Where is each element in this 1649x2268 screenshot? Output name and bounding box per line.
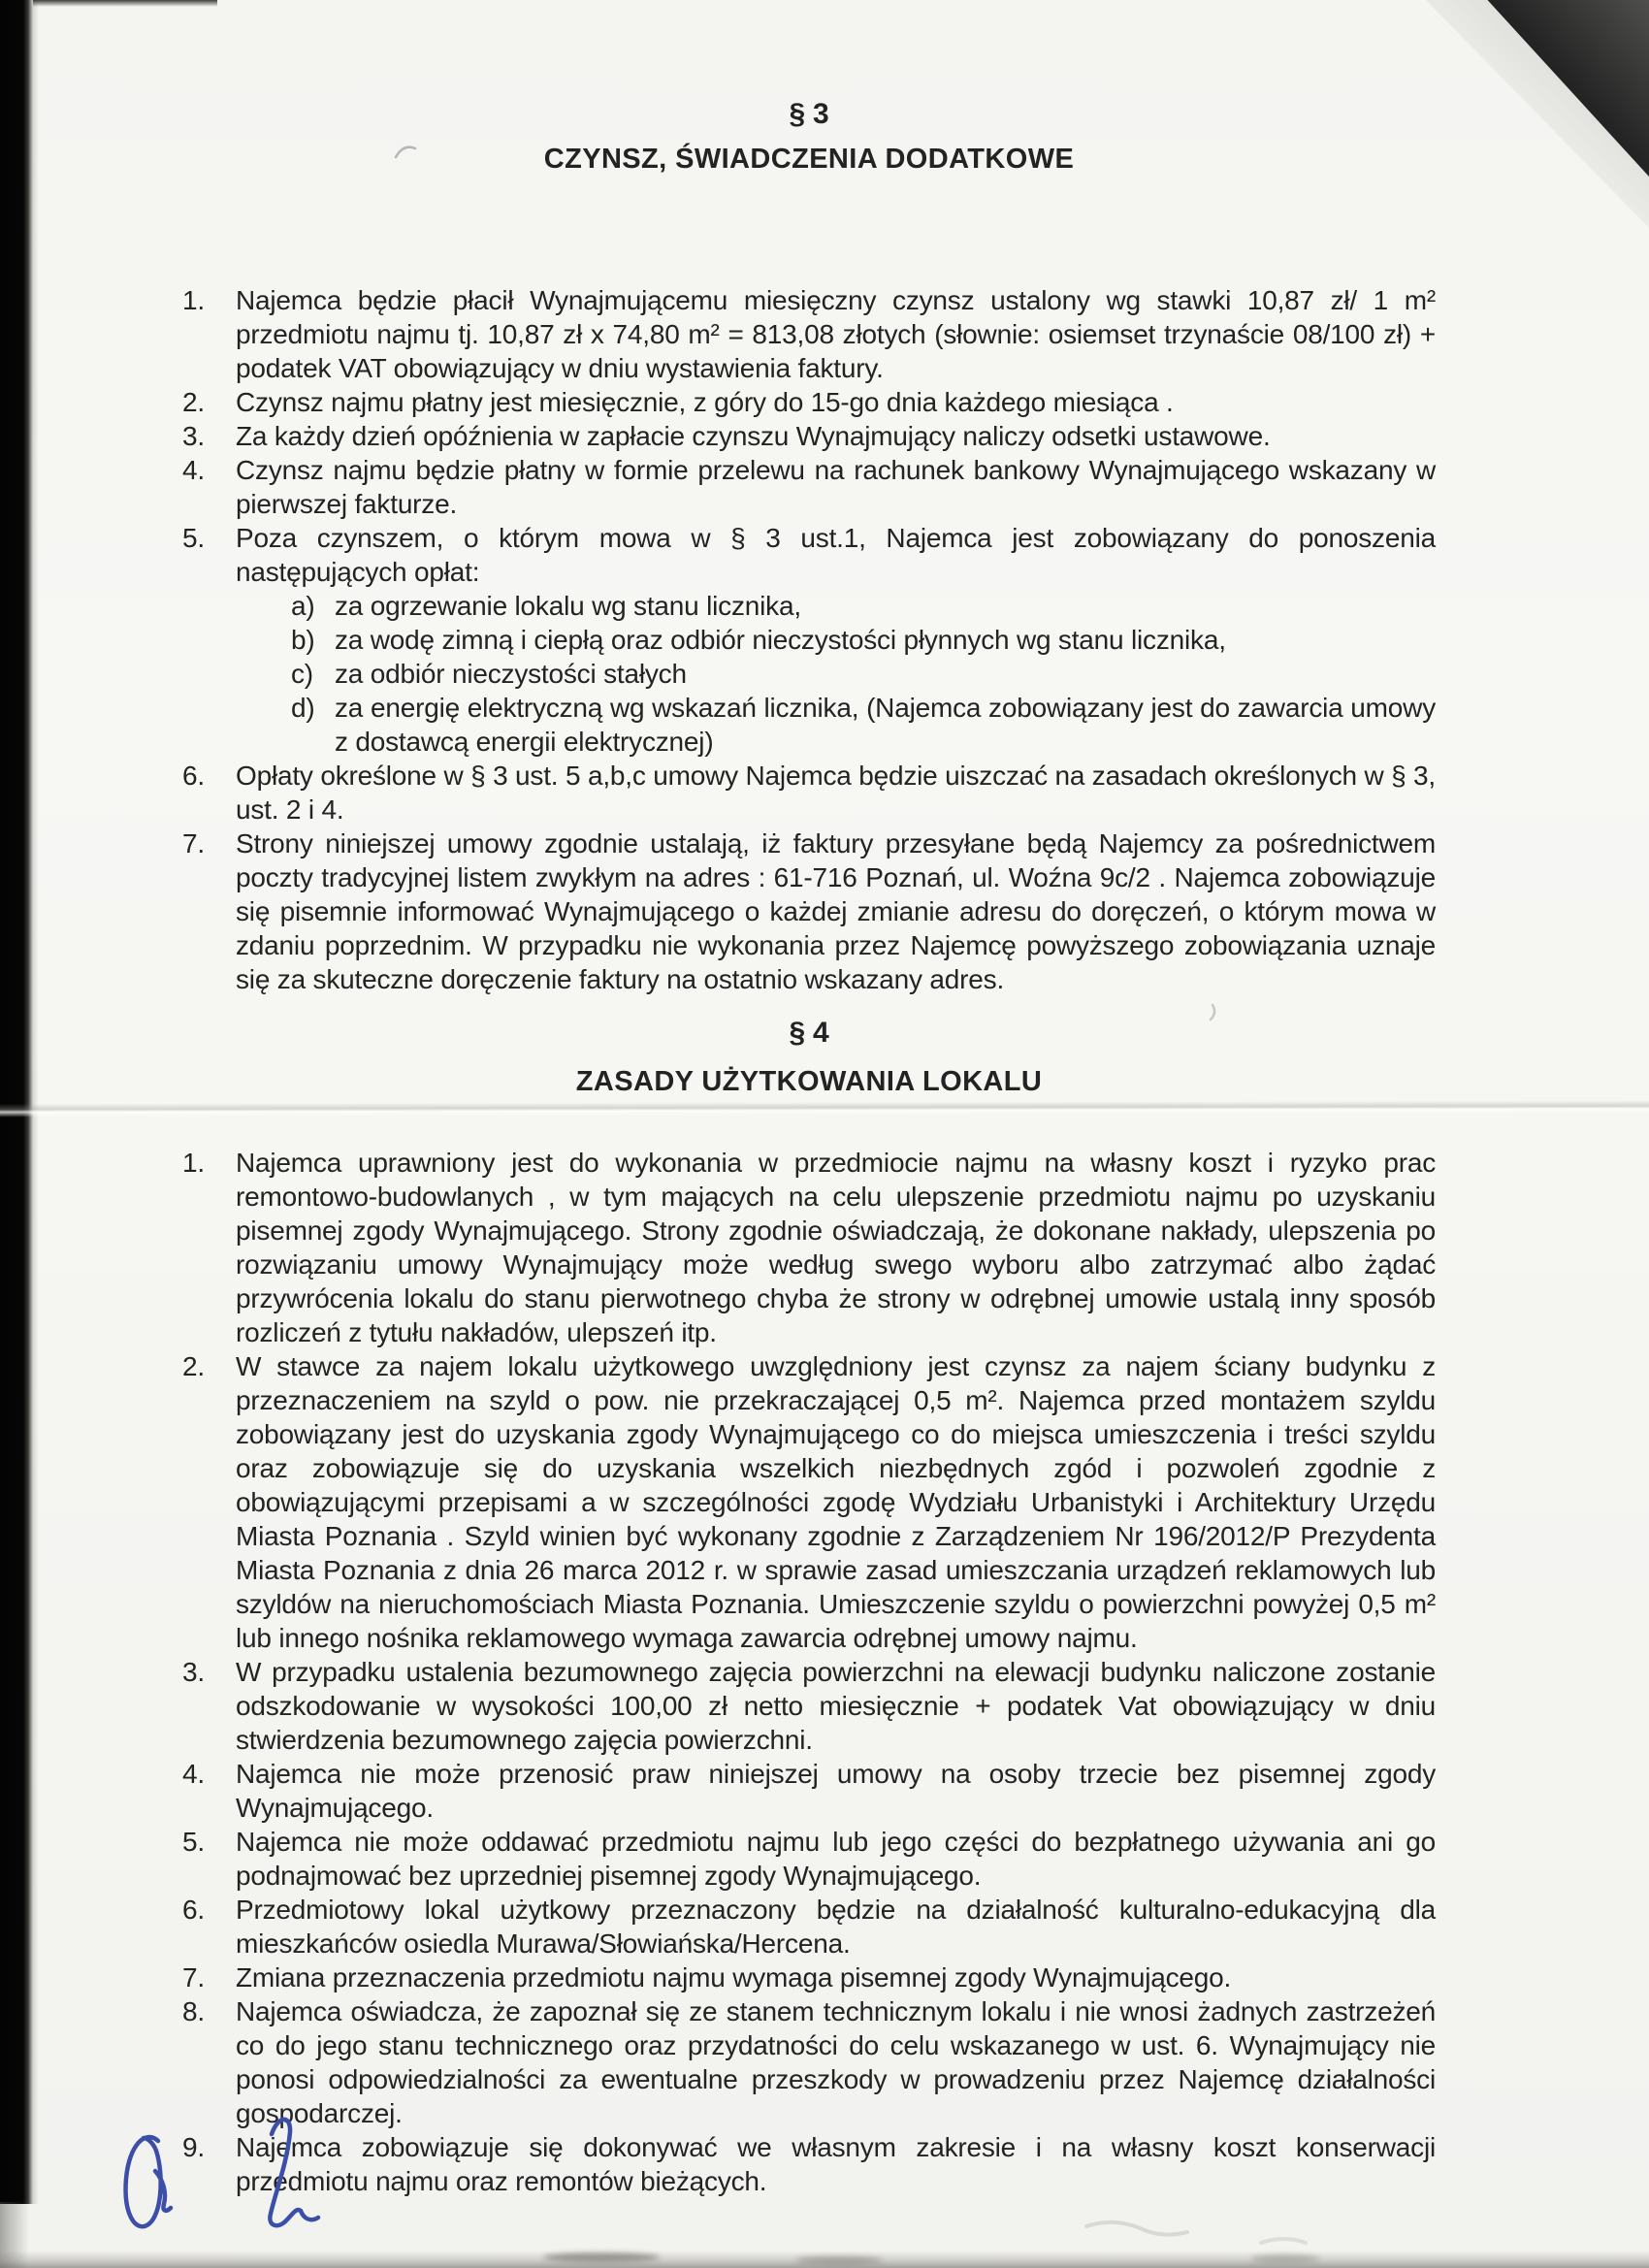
section-items: 1.Najemca będzie płacił Wynajmującemu mi…	[182, 283, 1436, 996]
list-item: 5.Poza czynszem, o którym mowa w § 3 ust…	[182, 521, 1436, 589]
item-marker: b)	[291, 623, 335, 657]
item-marker: 4.	[182, 453, 236, 487]
item-marker: 3.	[182, 1655, 236, 1689]
item-marker: 3.	[182, 419, 236, 453]
list-item: b)za wodę zimną i ciepłą oraz odbiór nie…	[291, 623, 1436, 657]
list-item: 6.Przedmiotowy lokal użytkowy przeznaczo…	[182, 1893, 1436, 1960]
list-item: 8.Najemca oświadcza, że zapoznał się ze …	[182, 1994, 1436, 2130]
section-items: 1.Najemca uprawniony jest do wykonania w…	[182, 1146, 1436, 2198]
list-item: a)za ogrzewanie lokalu wg stanu licznika…	[291, 589, 1436, 623]
item-text: Przedmiotowy lokal użytkowy przeznaczony…	[236, 1893, 1436, 1960]
item-marker: 8.	[182, 1994, 236, 2028]
item-marker: 1.	[182, 1146, 236, 1180]
list-item: 4.Czynsz najmu będzie płatny w formie pr…	[182, 453, 1436, 521]
list-item: 7.Strony niniejszej umowy zgodnie ustala…	[182, 826, 1436, 996]
list-item: 7.Zmiana przeznaczenia przedmiotu najmu …	[182, 1960, 1436, 1994]
scan-smudge	[795, 2256, 883, 2264]
list-item: 2.Czynsz najmu płatny jest miesięcznie, …	[182, 385, 1436, 419]
item-text: W przypadku ustalenia bezumownego zajęci…	[236, 1655, 1436, 1757]
item-marker: 5.	[182, 521, 236, 555]
contract-section: § 3CZYNSZ, ŚWIADCZENIA DODATKOWE1.Najemc…	[182, 97, 1436, 996]
list-item: 5.Najemca nie może oddawać przedmiotu na…	[182, 1825, 1436, 1893]
scan-edge-top	[33, 0, 217, 7]
item-marker: 4.	[182, 1757, 236, 1791]
item-marker: 7.	[182, 1960, 236, 1994]
list-item: 1.Najemca będzie płacił Wynajmującemu mi…	[182, 283, 1436, 385]
list-item: 2.W stawce za najem lokalu użytkowego uw…	[182, 1349, 1436, 1655]
list-item: c)za odbiór nieczystości stałych	[291, 657, 1436, 691]
list-item: 3.W przypadku ustalenia bezumownego zaję…	[182, 1655, 1436, 1757]
item-marker: c)	[291, 657, 335, 691]
list-item: 6.Opłaty określone w § 3 ust. 5 a,b,c um…	[182, 759, 1436, 826]
item-text: Za każdy dzień opóźnienia w zapłacie czy…	[236, 419, 1436, 453]
item-marker: 5.	[182, 1825, 236, 1859]
contract-section: § 4ZASADY UŻYTKOWANIA LOKALU1.Najemca up…	[182, 1016, 1436, 2198]
item-marker: 6.	[182, 759, 236, 793]
initial-glyph-1	[126, 2137, 161, 2226]
item-marker: 6.	[182, 1893, 236, 1927]
item-marker: a)	[291, 589, 335, 623]
item-text: za ogrzewanie lokalu wg stanu licznika,	[335, 589, 1436, 623]
faint-mark	[1261, 2239, 1306, 2243]
item-text: Najemca zobowiązuje się dokonywać we wła…	[236, 2130, 1436, 2198]
initial-glyph-1-tail	[155, 2171, 171, 2211]
faint-mark	[1086, 2222, 1187, 2235]
item-text: Najemca nie może oddawać przedmiotu najm…	[236, 1825, 1436, 1893]
item-text: Czynsz najmu płatny jest miesięcznie, z …	[236, 385, 1436, 419]
scan-edge-left	[0, 0, 39, 2204]
section-title: CZYNSZ, ŚWIADCZENIA DODATKOWE	[182, 143, 1436, 177]
section-title: ZASADY UŻYTKOWANIA LOKALU	[182, 1065, 1436, 1099]
item-text: Zmiana przeznaczenia przedmiotu najmu wy…	[236, 1960, 1436, 1994]
document-sections: § 3CZYNSZ, ŚWIADCZENIA DODATKOWE1.Najemc…	[182, 93, 1436, 2198]
item-text: za odbiór nieczystości stałych	[335, 657, 1436, 691]
item-text: Strony niniejszej umowy zgodnie ustalają…	[236, 826, 1436, 996]
item-marker: 1.	[182, 283, 236, 317]
list-item: 4.Najemca nie może przenosić praw niniej…	[182, 1757, 1436, 1825]
item-text: Najemca będzie płacił Wynajmującemu mies…	[236, 283, 1436, 385]
item-marker: 9.	[182, 2130, 236, 2164]
item-marker: 2.	[182, 385, 236, 419]
scan-smudge	[543, 2252, 660, 2262]
list-item: d)za energię elektryczną wg wskazań licz…	[291, 691, 1436, 759]
item-marker: d)	[291, 691, 335, 725]
item-text: Najemca uprawniony jest do wykonania w p…	[236, 1146, 1436, 1349]
item-text: za wodę zimną i ciepłą oraz odbiór niecz…	[335, 623, 1436, 657]
item-marker: 2.	[182, 1349, 236, 1383]
item-text: za energię elektryczną wg wskazań liczni…	[335, 691, 1436, 759]
list-item: 1.Najemca uprawniony jest do wykonania w…	[182, 1146, 1436, 1349]
item-text: Poza czynszem, o którym mowa w § 3 ust.1…	[236, 521, 1436, 589]
item-text: Czynsz najmu będzie płatny w formie prze…	[236, 453, 1436, 521]
section-number: § 3	[182, 97, 1436, 131]
item-marker: 7.	[182, 826, 236, 860]
list-item: 9.Najemca zobowiązuje się dokonywać we w…	[182, 2130, 1436, 2198]
item-text: Najemca oświadcza, że zapoznał się ze st…	[236, 1994, 1436, 2130]
list-item: 3.Za każdy dzień opóźnienia w zapłacie c…	[182, 419, 1436, 453]
item-text: Najemca nie może przenosić praw niniejsz…	[236, 1757, 1436, 1825]
section-number: § 4	[182, 1016, 1436, 1050]
item-text: W stawce za najem lokalu użytkowego uwzg…	[236, 1349, 1436, 1655]
scanned-page: § 3CZYNSZ, ŚWIADCZENIA DODATKOWE1.Najemc…	[0, 0, 1649, 2268]
scan-smudge	[1251, 2254, 1319, 2263]
item-text: Opłaty określone w § 3 ust. 5 a,b,c umow…	[236, 759, 1436, 826]
